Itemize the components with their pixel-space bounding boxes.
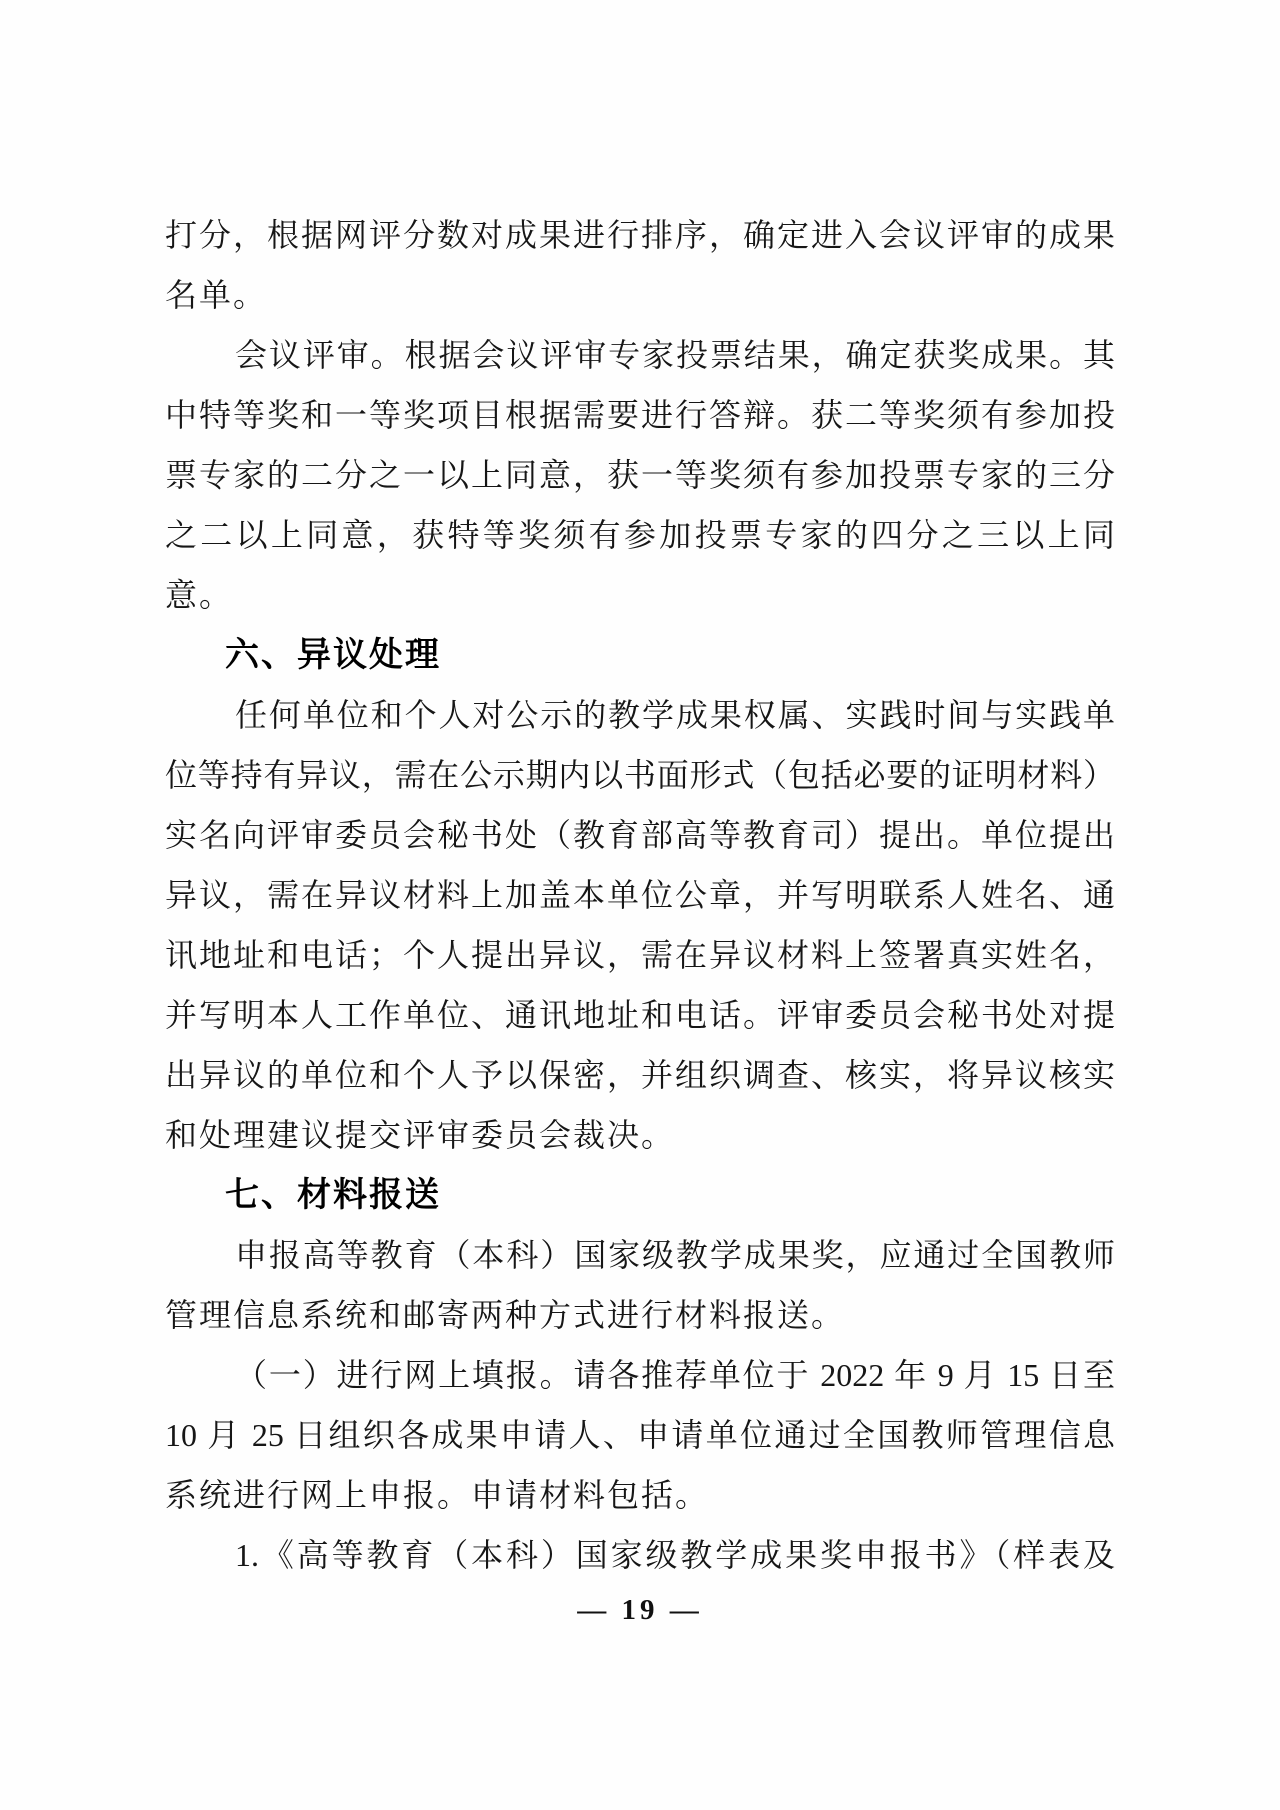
body-line: 之二以上同意，获特等奖须有参加投票专家的四分之三以上同: [165, 505, 1115, 565]
body-line: 10 月 25 日组织各成果申请人、申请单位通过全国教师管理信息: [165, 1405, 1115, 1465]
body-line: （一）进行网上填报。请各推荐单位于 2022 年 9 月 15 日至: [165, 1345, 1115, 1405]
body-line: 意。: [165, 565, 1115, 625]
body-line: 任何单位和个人对公示的教学成果权属、实践时间与实践单: [165, 685, 1115, 745]
body-line: 名单。: [165, 265, 1115, 325]
body-line: 和处理建议提交评审委员会裁决。: [165, 1105, 1115, 1165]
heading-section-7: 七、材料报送: [165, 1165, 1115, 1225]
body-line: 申报高等教育（本科）国家级教学成果奖，应通过全国教师: [165, 1225, 1115, 1285]
body-line: 位等持有异议，需在公示期内以书面形式（包括必要的证明材料）: [165, 745, 1115, 805]
document-body: 打分，根据网评分数对成果进行排序，确定进入会议评审的成果 名单。 会议评审。根据…: [165, 0, 1115, 1585]
body-line: 出异议的单位和个人予以保密，并组织调查、核实，将异议核实: [165, 1045, 1115, 1105]
heading-section-6: 六、异议处理: [165, 625, 1115, 685]
body-line: 实名向评审委员会秘书处（教育部高等教育司）提出。单位提出: [165, 805, 1115, 865]
document-page: 打分，根据网评分数对成果进行排序，确定进入会议评审的成果 名单。 会议评审。根据…: [0, 0, 1280, 1810]
body-line: 讯地址和电话；个人提出异议，需在异议材料上签署真实姓名，: [165, 925, 1115, 985]
body-line: 打分，根据网评分数对成果进行排序，确定进入会议评审的成果: [165, 205, 1115, 265]
body-line: 票专家的二分之一以上同意，获一等奖须有参加投票专家的三分: [165, 445, 1115, 505]
body-line: 管理信息系统和邮寄两种方式进行材料报送。: [165, 1285, 1115, 1345]
body-line: 1.《高等教育（本科）国家级教学成果奖申报书》（样表及: [165, 1525, 1115, 1585]
body-line: 系统进行网上申报。申请材料包括。: [165, 1465, 1115, 1525]
body-line: 异议，需在异议材料上加盖本单位公章，并写明联系人姓名、通: [165, 865, 1115, 925]
body-line: 并写明本人工作单位、通讯地址和电话。评审委员会秘书处对提: [165, 985, 1115, 1045]
body-line: 会议评审。根据会议评审专家投票结果，确定获奖成果。其: [165, 325, 1115, 385]
body-line: 中特等奖和一等奖项目根据需要进行答辩。获二等奖须有参加投: [165, 385, 1115, 445]
page-number: — 19 —: [0, 1590, 1280, 1630]
